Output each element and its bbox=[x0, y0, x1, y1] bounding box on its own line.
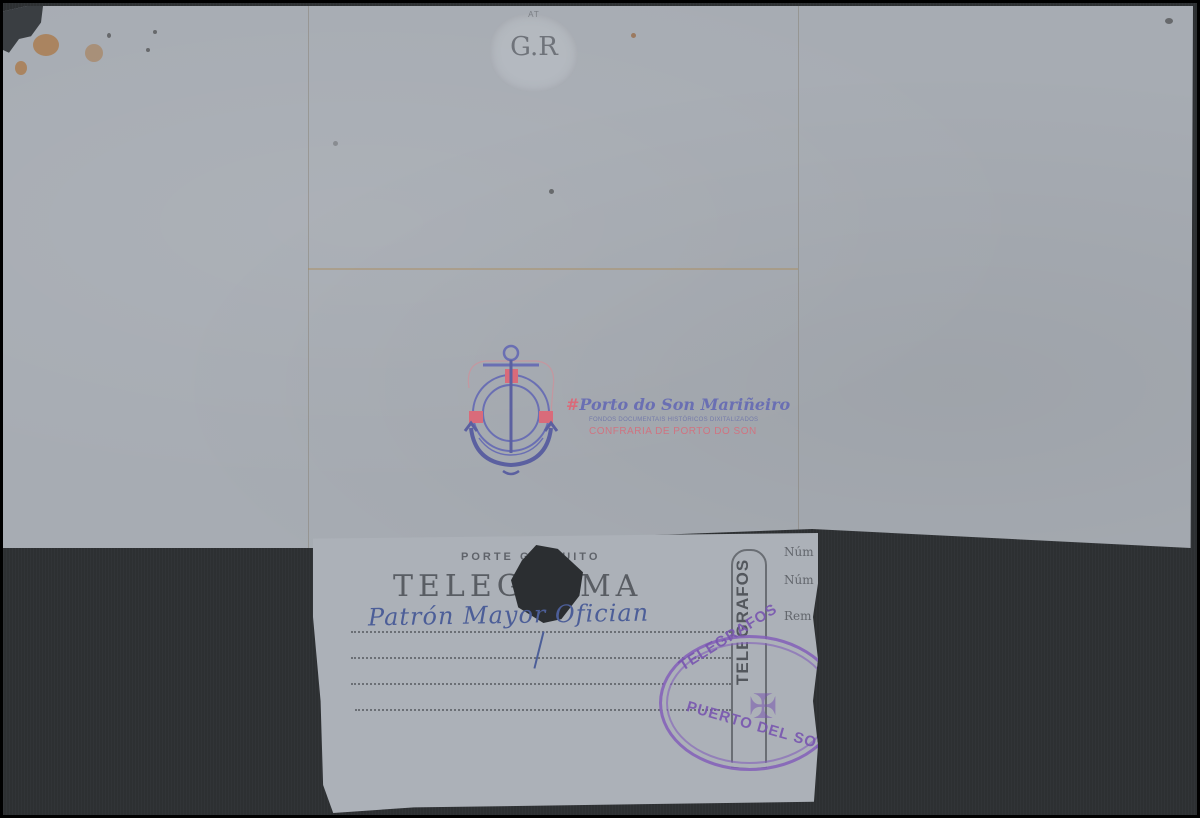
fold-line bbox=[798, 6, 799, 548]
pen-stroke bbox=[533, 631, 544, 668]
postmark-stamp: TELEGRAFOS ✠ PUERTO DEL SON bbox=[659, 635, 840, 771]
speck bbox=[333, 141, 338, 146]
speck bbox=[153, 30, 157, 34]
logo-organization: CONFRARIA DE PORTO DO SON bbox=[589, 426, 757, 437]
speck bbox=[107, 33, 111, 38]
watermark-logo: #Porto do Son Mariñeiro FONDOS DOCUMENTA… bbox=[461, 343, 751, 478]
rust-stain bbox=[85, 44, 103, 62]
address-line bbox=[351, 631, 731, 633]
scanned-document: AT G.R PORTE GRATUITO TELEGRAMA Patrón M… bbox=[3, 3, 1197, 815]
logo-title: #Porto do Son Mariñeiro bbox=[566, 395, 790, 414]
speck bbox=[146, 48, 150, 52]
hashtag-icon: # bbox=[566, 395, 579, 414]
rust-stain bbox=[15, 61, 27, 75]
wax-seal: AT G.R bbox=[490, 14, 578, 92]
rust-stain bbox=[33, 34, 59, 56]
stamp-top-text: TELEGRAFOS bbox=[676, 600, 780, 674]
speck bbox=[631, 33, 636, 38]
seal-monogram: G.R bbox=[490, 32, 578, 62]
logo-subtitle: FONDOS DOCUMENTAIS HISTÓRICOS DIXITALIZA… bbox=[589, 417, 758, 423]
fold-line bbox=[308, 268, 798, 270]
seal-top-text: AT bbox=[490, 10, 578, 19]
fold-line bbox=[308, 6, 309, 548]
side-field-number: Núm bbox=[784, 573, 814, 587]
speck bbox=[549, 189, 554, 194]
speck bbox=[1165, 18, 1173, 24]
address-line bbox=[351, 657, 731, 659]
anchor-lifebuoy-icon bbox=[461, 343, 561, 478]
logo-title-text: Porto do Son Mariñeiro bbox=[579, 395, 790, 414]
telegram-slip: PORTE GRATUITO TELEGRAMA Patrón Mayor Of… bbox=[313, 533, 818, 813]
handwritten-addressee: Patrón Mayor Ofician bbox=[368, 599, 650, 632]
side-field-sender: Rem bbox=[784, 609, 812, 623]
side-field-number: Núm bbox=[784, 545, 814, 559]
